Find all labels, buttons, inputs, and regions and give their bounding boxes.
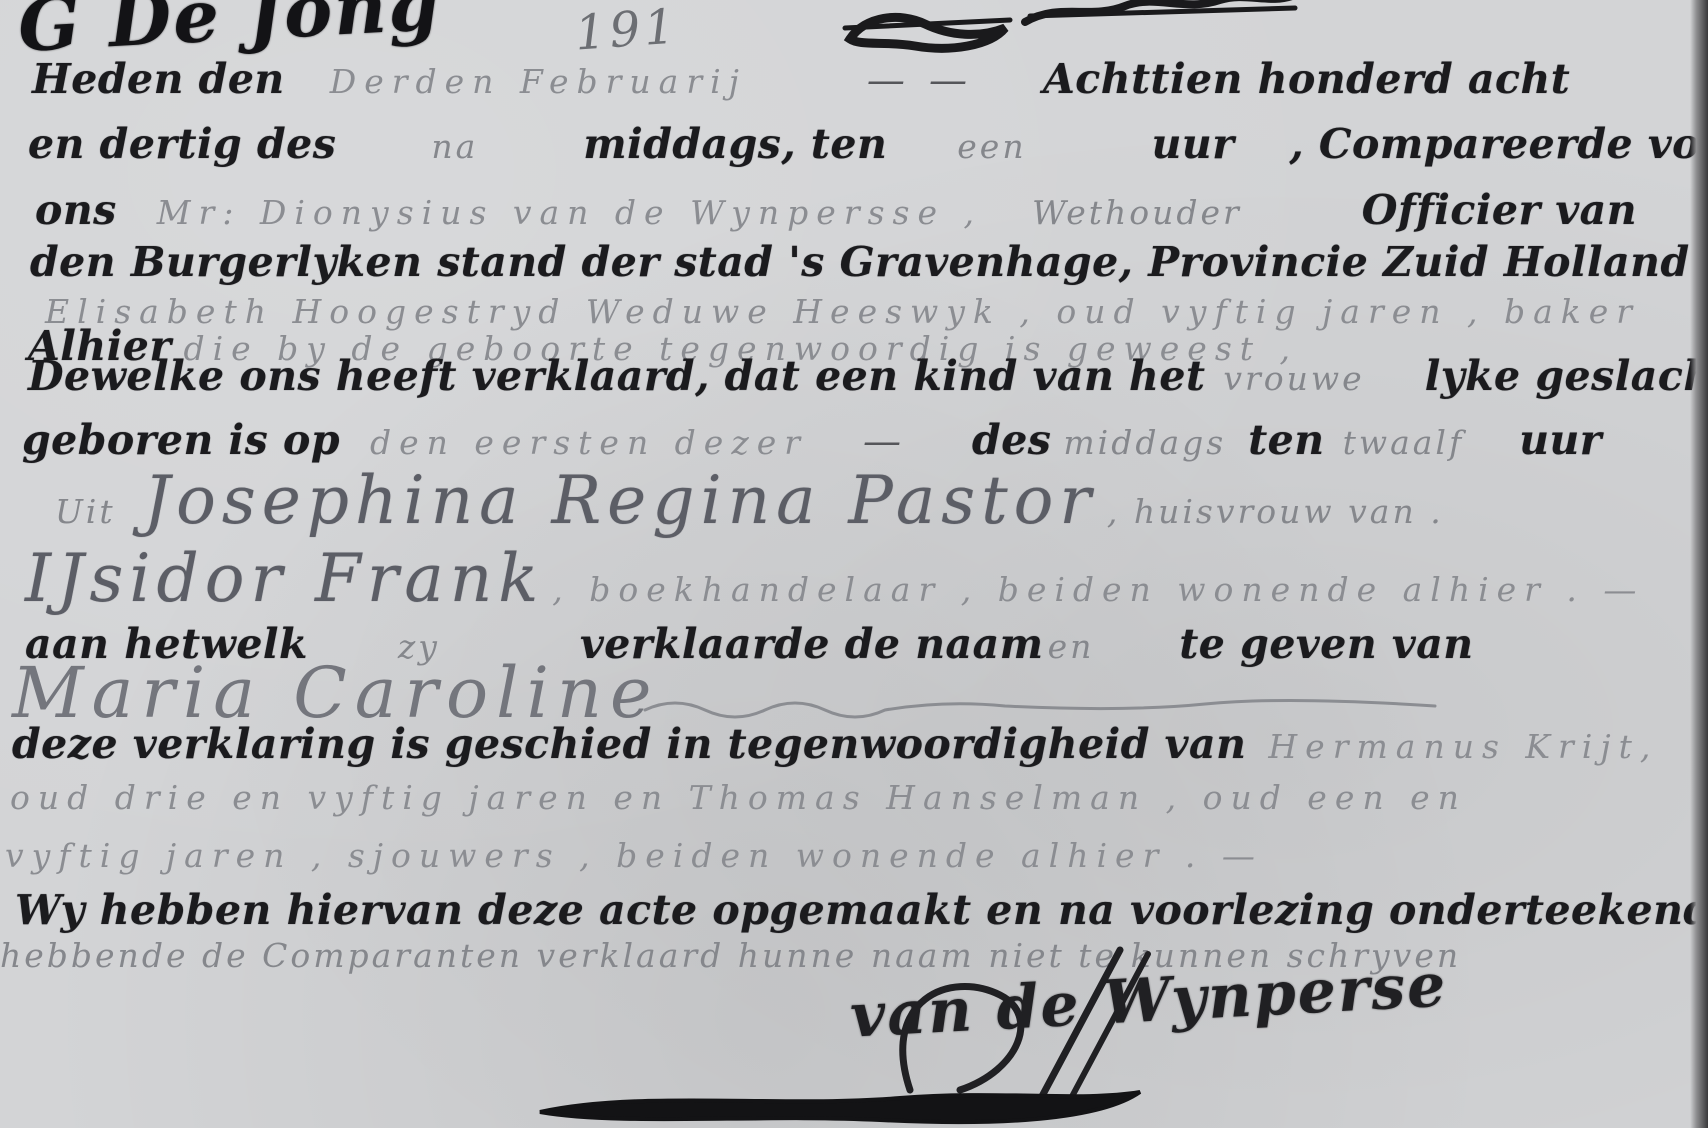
act-line-witnesses-3: vyftig jaren , sjouwers , beiden wonende… bbox=[5, 836, 1263, 875]
act-line-father: IJsidor Frank, boekhandelaar , beiden wo… bbox=[25, 540, 1644, 617]
act-line-register: den Burgerlyken stand der stad 's Graven… bbox=[30, 238, 1690, 286]
text-segment: des bbox=[972, 416, 1051, 464]
text-segment: middags, ten bbox=[583, 120, 887, 168]
name-flourish bbox=[640, 688, 1440, 728]
act-number: 191 bbox=[573, 0, 680, 62]
text-segment: vrouwe bbox=[1223, 359, 1364, 398]
text-segment: den eersten dezer bbox=[370, 423, 808, 462]
act-line-declaration: Dewelke ons heeft verklaard, dat een kin… bbox=[28, 352, 1708, 400]
text-segment: Heden den bbox=[32, 55, 285, 103]
text-segment: geboren is op bbox=[22, 416, 340, 464]
text-segment: — — bbox=[867, 58, 973, 102]
text-segment: Dewelke ons heeft verklaard, dat een kin… bbox=[28, 352, 1205, 400]
text-segment: Josephina Regina Pastor bbox=[144, 462, 1097, 539]
text-segment: Derden Februarij bbox=[330, 62, 747, 101]
act-line-mother: UitJosephina Regina Pastor, huisvrouw va… bbox=[55, 462, 1444, 539]
text-segment: IJsidor Frank bbox=[25, 540, 544, 617]
text-segment: vyftig jaren , sjouwers , beiden wonende… bbox=[5, 836, 1263, 875]
text-segment: oud drie en vyftig jaren en Thomas Hanse… bbox=[10, 778, 1467, 817]
text-segment: te geven van bbox=[1179, 620, 1473, 668]
text-segment: , boekhandelaar , beiden wonende alhier … bbox=[552, 570, 1644, 609]
text-segment: Hermanus Krijt, bbox=[1268, 727, 1658, 766]
text-segment: na bbox=[431, 127, 478, 166]
text-segment: een bbox=[957, 127, 1026, 166]
text-segment: Achttien honderd acht bbox=[1043, 55, 1570, 103]
text-segment: Officier van bbox=[1362, 186, 1637, 234]
text-segment: , huisvrouw van . bbox=[1107, 492, 1444, 531]
text-segment: twaalf bbox=[1343, 423, 1465, 462]
text-segment: middags bbox=[1063, 423, 1226, 462]
text-segment: den Burgerlyken stand der stad 's Graven… bbox=[30, 238, 1690, 286]
scan-edge-shadow bbox=[1690, 0, 1708, 1128]
text-segment: uur bbox=[1519, 416, 1602, 464]
text-segment: ten bbox=[1248, 416, 1324, 464]
text-segment: Mr: Dionysius van de Wynpersse , bbox=[157, 193, 982, 232]
text-segment: ons bbox=[35, 186, 117, 234]
act-line-time: en dertig desnamiddags, teneenuur, Compa… bbox=[28, 120, 1708, 168]
act-line-closing: Wy hebben hiervan deze acte opgemaakt en… bbox=[15, 886, 1708, 934]
text-segment: uur bbox=[1152, 120, 1235, 168]
document-page: G De Jong 191 Heden denDerden Februarij—… bbox=[0, 0, 1708, 1128]
text-segment: lyke geslacht bbox=[1425, 352, 1708, 400]
act-line-official: onsMr: Dionysius van de Wynpersse ,Wetho… bbox=[35, 186, 1637, 234]
text-segment: en bbox=[1048, 627, 1095, 666]
act-line-witnesses-2: oud drie en vyftig jaren en Thomas Hanse… bbox=[10, 778, 1467, 817]
text-segment: — bbox=[863, 419, 907, 463]
text-segment: Uit bbox=[55, 492, 116, 531]
text-segment: , Compareerde voor bbox=[1289, 120, 1708, 168]
act-line-opening: Heden denDerden Februarij— —Achttien hon… bbox=[32, 55, 1570, 103]
text-segment: Wy hebben hiervan deze acte opgemaakt en… bbox=[15, 886, 1708, 934]
signature-flourish bbox=[480, 940, 1240, 1128]
text-segment: Wethouder bbox=[1032, 193, 1242, 232]
act-line-birthdate: geboren is opden eersten dezer—desmiddag… bbox=[22, 416, 1602, 464]
text-segment: en dertig des bbox=[28, 120, 336, 168]
